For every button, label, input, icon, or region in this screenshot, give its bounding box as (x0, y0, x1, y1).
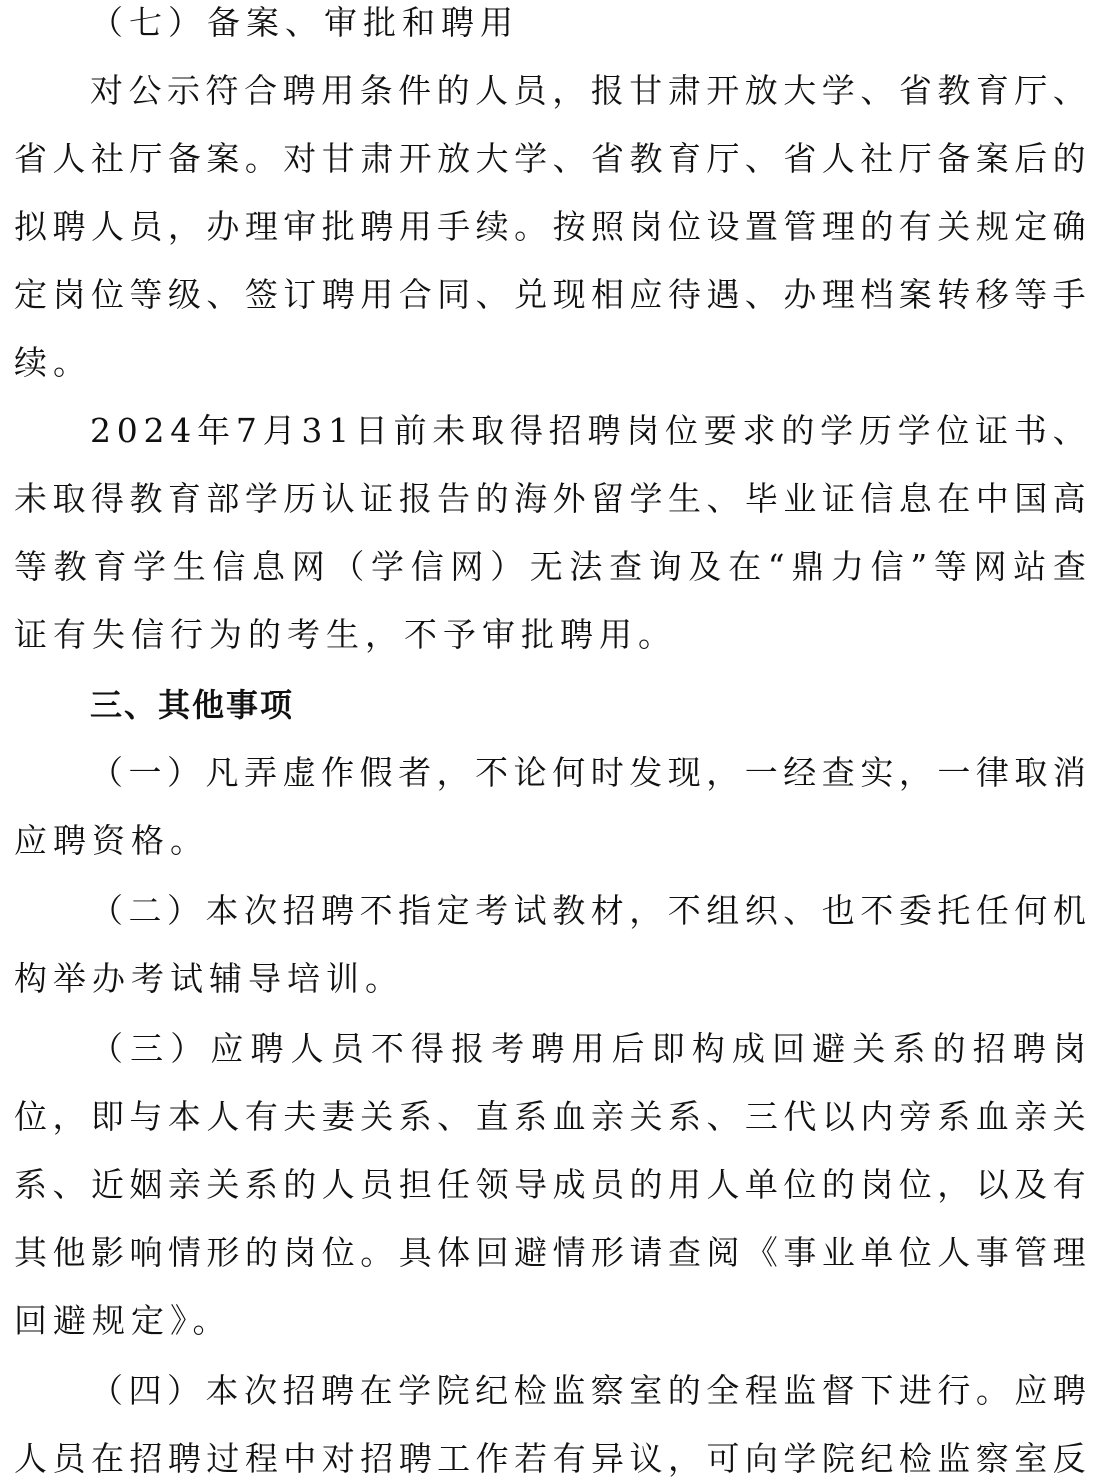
paragraph-line: 系、近姻亲关系的人员担任领导成员的用人单位的岗位，以及有 (14, 1162, 1086, 1208)
section-heading-other-matters: 三、其他事项 (14, 682, 1086, 728)
paragraph-line: （二）本次招聘不指定考试教材，不组织、也不委托任何机 (14, 888, 1086, 934)
paragraph-line: （三）应聘人员不得报考聘用后即构成回避关系的招聘岗 (14, 1026, 1086, 1072)
paragraph-line: 对公示符合聘用条件的人员，报甘肃开放大学、省教育厅、 (14, 68, 1086, 114)
paragraph-line: 定岗位等级、签订聘用合同、兑现相应待遇、办理档案转移等手 (14, 272, 1086, 318)
paragraph-line: （四）本次招聘在学院纪检监察室的全程监督下进行。应聘 (14, 1368, 1086, 1414)
paragraph-line: 拟聘人员，办理审批聘用手续。按照岗位设置管理的有关规定确 (14, 204, 1086, 250)
paragraph-line: 省人社厅备案。对甘肃开放大学、省教育厅、省人社厅备案后的 (14, 136, 1086, 182)
paragraph-line: 构举办考试辅导培训。 (14, 956, 1086, 1002)
paragraph-line: 续。 (14, 340, 1086, 386)
paragraph-line: 位，即与本人有夫妻关系、直系血亲关系、三代以内旁系血亲关 (14, 1094, 1086, 1140)
paragraph-line: 应聘资格。 (14, 818, 1086, 864)
paragraph-line: 人员在招聘过程中对招聘工作若有异议，可向学院纪检监察室反 (14, 1436, 1086, 1482)
paragraph-line: 回避规定》。 (14, 1298, 1086, 1344)
paragraph-line: 其他影响情形的岗位。具体回避情形请查阅《事业单位人事管理 (14, 1230, 1086, 1276)
paragraph-line: 未取得教育部学历认证报告的海外留学生、毕业证信息在中国高 (14, 476, 1086, 522)
paragraph-line: 2024年7月31日前未取得招聘岗位要求的学历学位证书、 (14, 408, 1086, 454)
paragraph-line: （一）凡弄虚作假者，不论何时发现，一经查实，一律取消 (14, 750, 1086, 796)
paragraph-line: 等教育学生信息网（学信网）无法查询及在“鼎力信”等网站查 (14, 544, 1086, 590)
subheading-filing-approval: （七）备案、审批和聘用 (14, 0, 1086, 46)
paragraph-line: 证有失信行为的考生，不予审批聘用。 (14, 612, 1086, 658)
